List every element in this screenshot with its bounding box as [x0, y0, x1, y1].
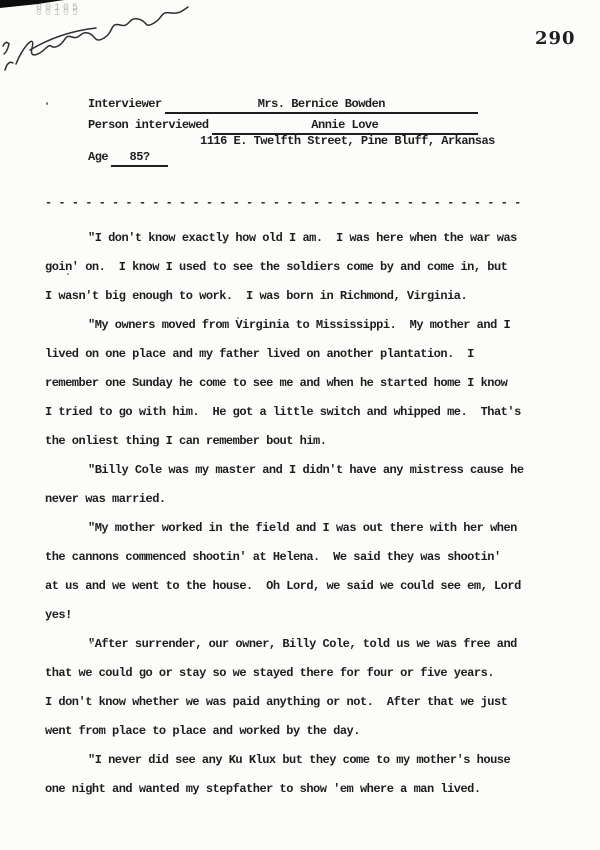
age-row: Age 85? — [88, 150, 168, 167]
person-interviewed-label: Person interviewed — [88, 118, 209, 132]
age-underline: 85? — [111, 150, 168, 167]
text-line: "I never did see any Ku Klux but they co… — [45, 746, 535, 775]
text-line: I don't know whether we was paid anythin… — [45, 688, 535, 717]
paragraph: "My owners moved from Virginia to Missis… — [45, 311, 535, 456]
person-interviewed-value: Annie Love — [311, 118, 378, 132]
text-line: one night and wanted my stepfather to sh… — [45, 775, 535, 804]
scan-speck — [46, 102, 48, 105]
text-line: "I don't know exactly how old I am. I wa… — [45, 224, 535, 253]
text-line: "My mother worked in the field and I was… — [45, 514, 535, 543]
paragraph: "I never did see any Ku Klux but they co… — [45, 746, 535, 804]
handwriting-arkansas-annotation — [0, 2, 200, 77]
text-line: went from place to place and worked by t… — [45, 717, 535, 746]
paragraph: "After surrender, our owner, Billy Cole,… — [45, 630, 535, 746]
interviewer-row: Interviewer Mrs. Bernice Bowden — [88, 97, 478, 114]
paragraph: "I don't know exactly how old I am. I wa… — [45, 224, 535, 311]
address-line: 1116 E. Twelfth Street, Pine Bluff, Arka… — [200, 134, 495, 148]
person-interviewed-underline: Annie Love — [212, 118, 478, 135]
text-line: I wasn't big enough to work. I was born … — [45, 282, 535, 311]
interviewer-label: Interviewer — [88, 97, 162, 111]
text-line: "My owners moved from Virginia to Missis… — [45, 311, 535, 340]
interviewer-underline: Mrs. Bernice Bowden — [165, 97, 478, 114]
text-line: remember one Sunday he come to see me an… — [45, 369, 535, 398]
text-line: never was married. — [45, 485, 535, 514]
age-value: 85? — [130, 150, 150, 164]
person-interviewed-row: Person interviewed Annie Love — [88, 118, 478, 135]
document-page: 00105 290 Interviewer Mrs. Bernice Bowde… — [0, 0, 600, 850]
age-label: Age — [88, 150, 108, 164]
paragraph: "My mother worked in the field and I was… — [45, 514, 535, 630]
text-line: goin' on. I know I used to see the soldi… — [45, 253, 535, 282]
scan-speck — [67, 273, 69, 275]
text-line: I tried to go with him. He got a little … — [45, 398, 535, 427]
text-line: "After surrender, our owner, Billy Cole,… — [45, 630, 535, 659]
body-text: "I don't know exactly how old I am. I wa… — [45, 224, 535, 804]
text-line: that we could go or stay so we stayed th… — [45, 659, 535, 688]
text-line: "Billy Cole was my master and I didn't h… — [45, 456, 535, 485]
paragraph: "Billy Cole was my master and I didn't h… — [45, 456, 535, 514]
scan-speck — [90, 641, 92, 644]
text-line: the cannons commenced shootin' at Helena… — [45, 543, 535, 572]
scan-speck — [237, 317, 239, 319]
text-line: at us and we went to the house. Oh Lord,… — [45, 572, 535, 601]
text-line: the onliest thing I can remember bout hi… — [45, 427, 535, 456]
page-number: 290 — [535, 28, 576, 49]
dashed-separator: - - - - - - - - - - - - - - - - - - - - … — [45, 196, 521, 210]
text-line: yes! — [45, 601, 535, 630]
text-line: lived on one place and my father lived o… — [45, 340, 535, 369]
interviewer-value: Mrs. Bernice Bowden — [258, 97, 385, 111]
